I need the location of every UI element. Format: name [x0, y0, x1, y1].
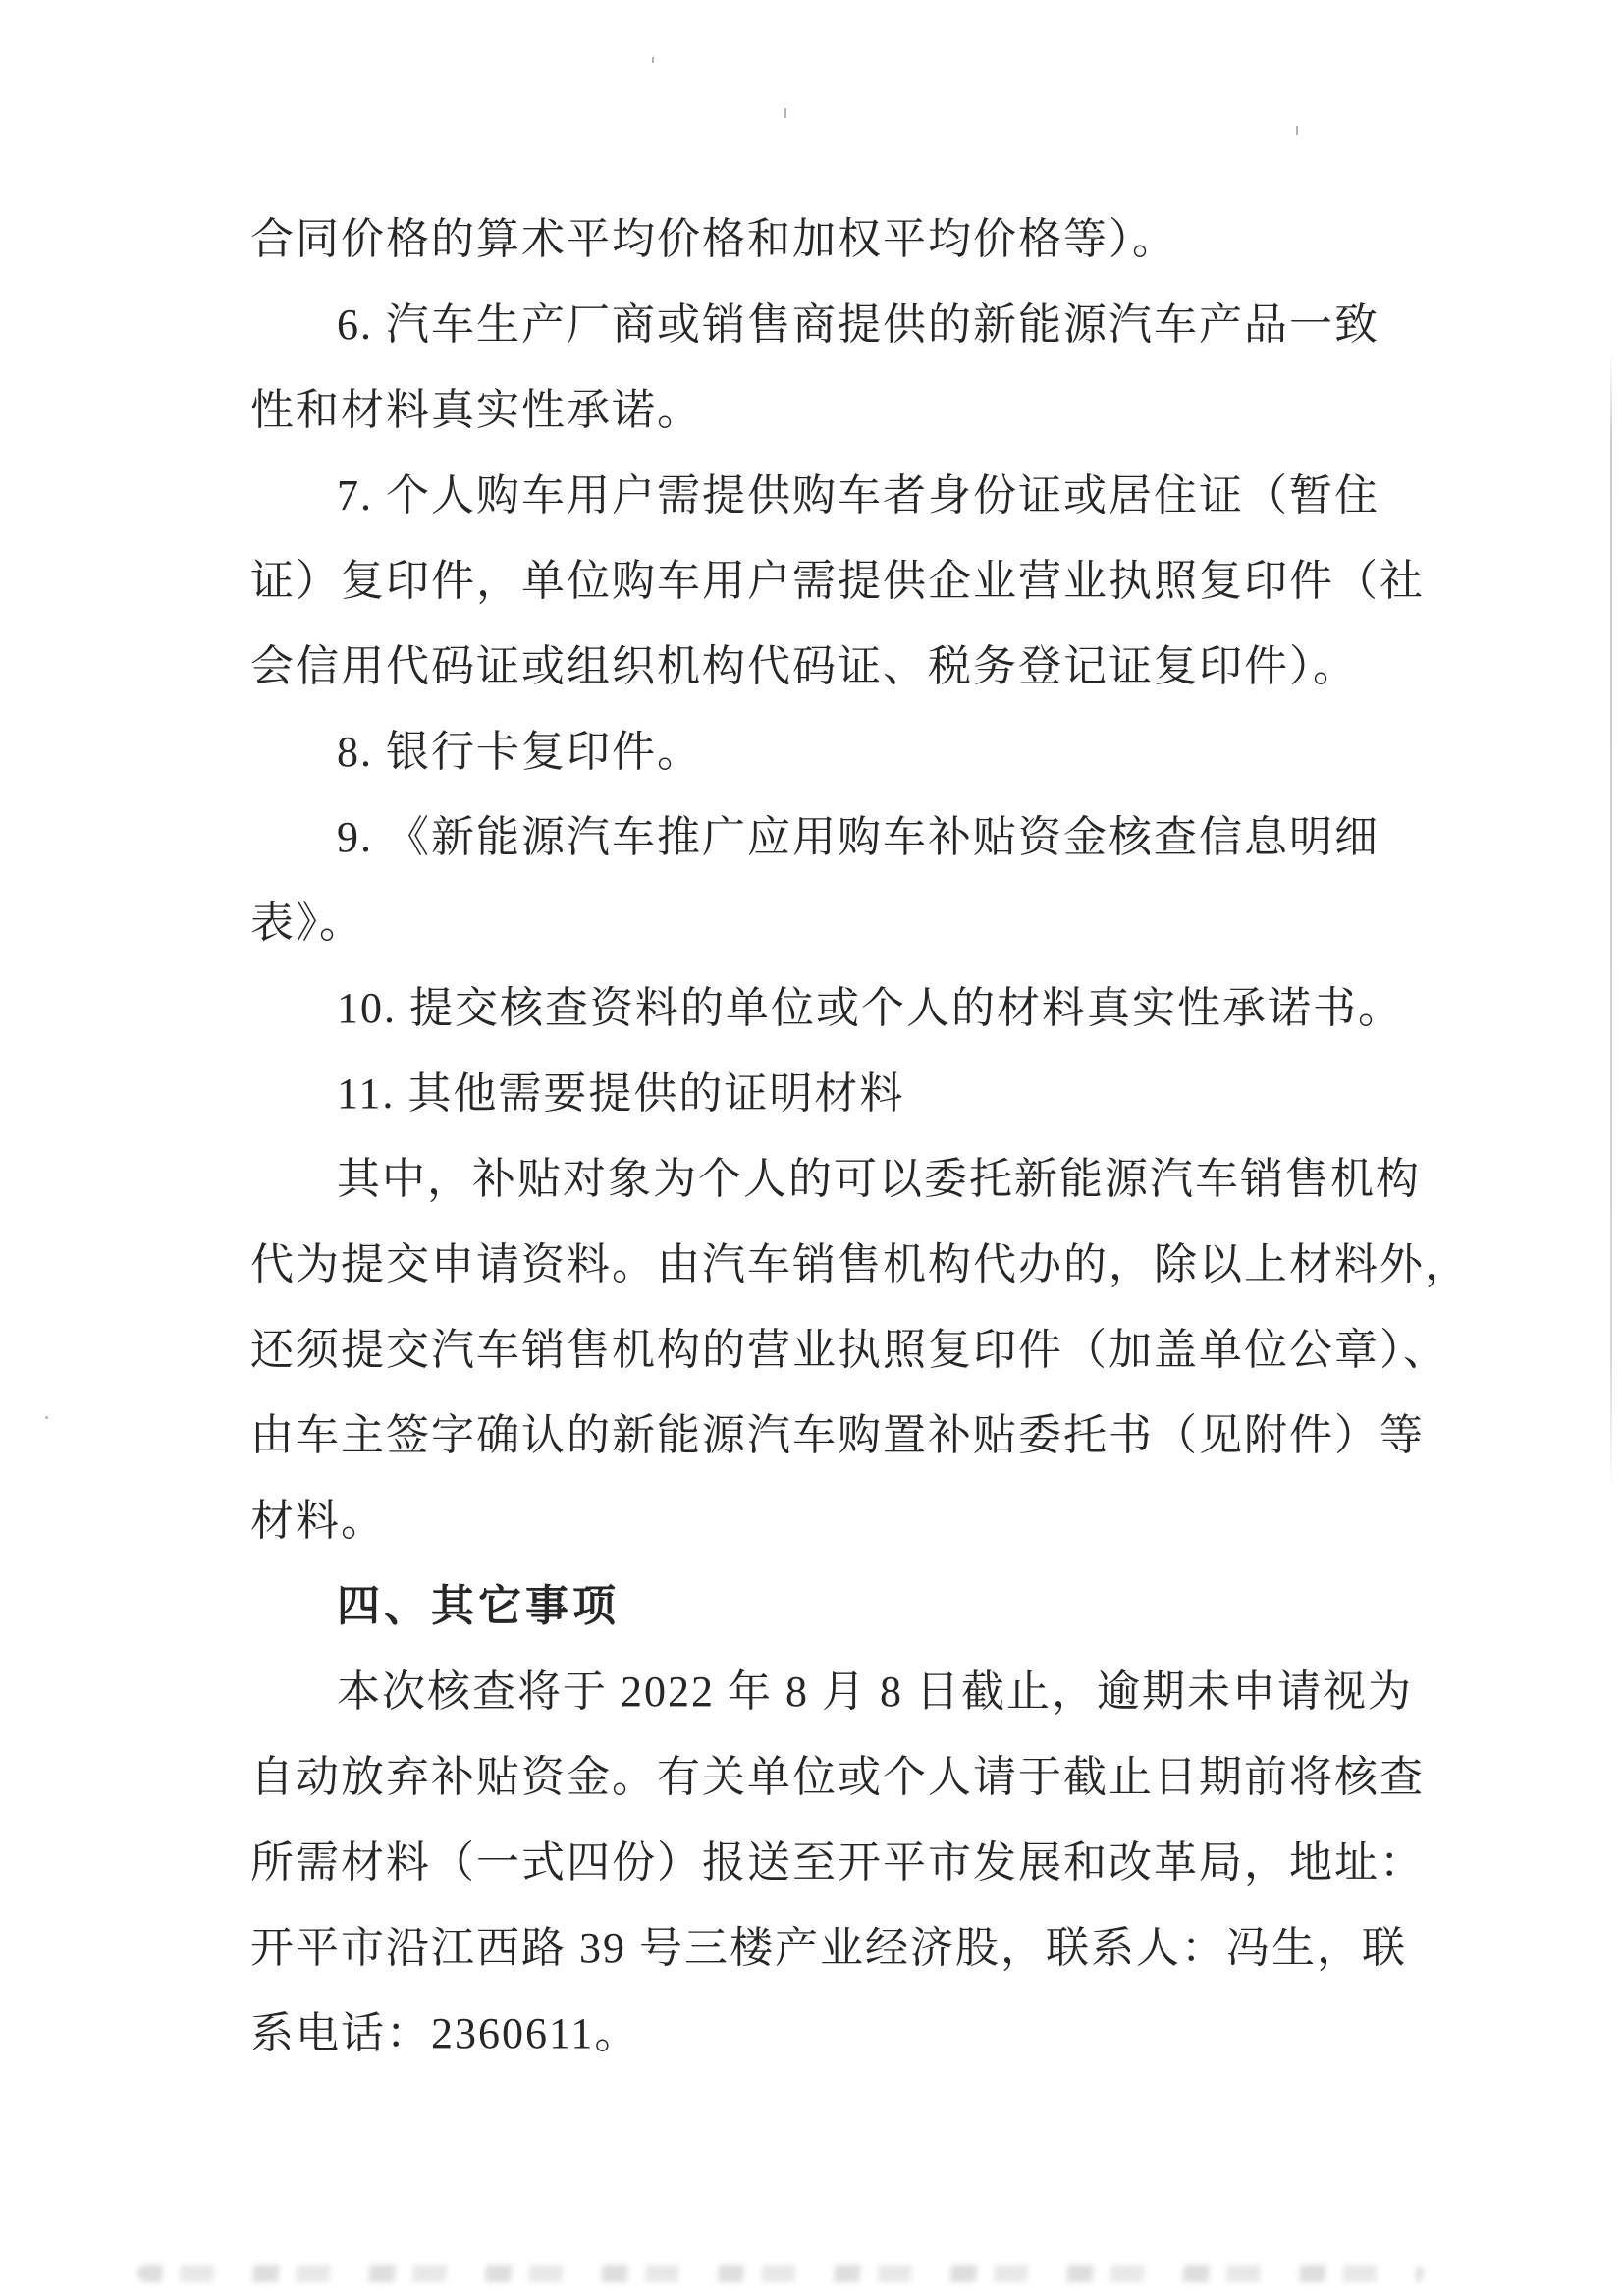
scan-speck	[652, 57, 654, 63]
doc-line-contact: 开平市沿江西路 39 号三楼产业经济股，联系人：冯生，联	[250, 1905, 1394, 1991]
doc-line: 表》。	[250, 880, 1394, 965]
doc-line: 还须提交汽车销售机构的营业执照复印件（加盖单位公章）、	[250, 1307, 1394, 1393]
doc-line-item-9: 9. 《新能源汽车推广应用购车补贴资金核查信息明细	[250, 794, 1394, 880]
doc-line: 性和材料真实性承诺。	[250, 367, 1394, 453]
document-text-block: 合同价格的算术平均价格和加权平均价格等）。 6. 汽车生产厂商或销售商提供的新能…	[250, 196, 1394, 2076]
doc-line-phone: 系电话：2360611。	[250, 1991, 1394, 2076]
doc-line: 合同价格的算术平均价格和加权平均价格等）。	[250, 196, 1394, 282]
doc-line-item-10: 10. 提交核查资料的单位或个人的材料真实性承诺书。	[250, 965, 1394, 1051]
doc-line-item-8: 8. 银行卡复印件。	[250, 709, 1394, 794]
doc-line: 其中，补贴对象为个人的可以委托新能源汽车销售机构	[250, 1136, 1394, 1222]
scan-artifact-vertical-line	[1610, 354, 1612, 1493]
scan-speck	[1296, 126, 1298, 135]
doc-line-address: 所需材料（一式四份）报送至开平市发展和改革局，地址：	[250, 1820, 1394, 1905]
scan-speck	[45, 1416, 48, 1419]
doc-line: 自动放弃补贴资金。有关单位或个人请于截止日期前将核查	[250, 1734, 1394, 1820]
doc-line-item-7: 7. 个人购车用户需提供购车者身份证或居住证（暂住	[250, 453, 1394, 538]
document-page: 合同价格的算术平均价格和加权平均价格等）。 6. 汽车生产厂商或销售商提供的新能…	[0, 0, 1623, 2296]
doc-line-deadline: 本次核查将于 2022 年 8 月 8 日截止，逾期未申请视为	[250, 1649, 1394, 1734]
section-heading: 四、其它事项	[250, 1563, 1394, 1649]
doc-line-item-6: 6. 汽车生产厂商或销售商提供的新能源汽车产品一致	[250, 282, 1394, 367]
scan-speck	[784, 108, 786, 118]
doc-line: 由车主签字确认的新能源汽车购置补贴委托书（见附件）等	[250, 1393, 1394, 1478]
doc-line: 材料。	[250, 1478, 1394, 1563]
doc-line-item-11: 11. 其他需要提供的证明材料	[250, 1051, 1394, 1136]
doc-line: 会信用代码证或组织机构代码证、税务登记证复印件）。	[250, 624, 1394, 709]
doc-line: 证）复印件，单位购车用户需提供企业营业执照复印件（社	[250, 538, 1394, 624]
doc-line: 代为提交申请资料。由汽车销售机构代办的，除以上材料外，	[250, 1222, 1394, 1307]
scan-artifact-smudge	[137, 2265, 1424, 2282]
